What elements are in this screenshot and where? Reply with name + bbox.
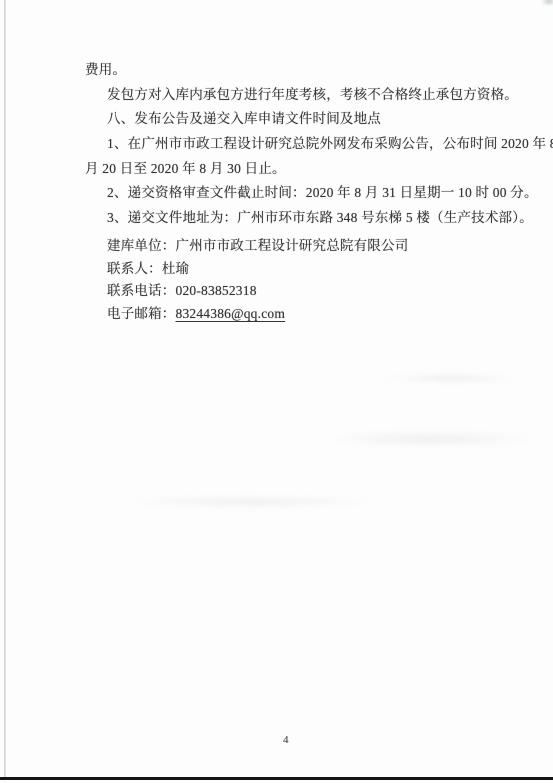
contact-person-line: 联系人：杜瑜 — [107, 258, 507, 281]
contact-org-label: 建库单位： — [107, 238, 176, 253]
page-number: 4 — [283, 733, 289, 747]
paragraph-line-item2: 2、递交资格审查文件截止时间：2020 年 8 月 31 日星期一 10 时 0… — [85, 181, 493, 206]
contact-phone-value: 020-83852318 — [176, 283, 257, 298]
contact-org-value: 广州市市政工程设计研究总院有限公司 — [176, 238, 409, 253]
contact-person-label: 联系人： — [107, 261, 162, 276]
paper-bleedthrough-mark — [320, 430, 540, 448]
contact-email-line: 电子邮箱：83244386@qq.com — [107, 303, 507, 326]
paragraph-line-fee-continuation: 费用。 — [85, 58, 493, 83]
scan-left-edge-line — [4, 0, 6, 778]
scan-bottom-edge-bar — [0, 777, 553, 780]
paragraph-line-item1-continuation: 月 20 日至 2020 年 8 月 30 日止。 — [85, 157, 493, 182]
paragraph-line-item3: 3、递交文件地址为：广州市环市东路 348 号东梯 5 楼（生产技术部）。 — [85, 206, 493, 231]
contact-phone-line: 联系电话：020-83852318 — [107, 280, 507, 303]
contact-phone-label: 联系电话： — [107, 283, 176, 298]
document-body: 费用。 发包方对入库内承包方进行年度考核，考核不合格终止承包方资格。 八、发布公… — [85, 58, 493, 231]
paragraph-line-annual-review: 发包方对入库内承包方进行年度考核，考核不合格终止承包方资格。 — [85, 83, 493, 108]
contact-org-line: 建库单位：广州市市政工程设计研究总院有限公司 — [107, 235, 507, 258]
paragraph-line-item1: 1、在广州市市政工程设计研究总院外网发布采购公告，公布时间 2020 年 8 — [85, 132, 493, 157]
scanned-document-page: 费用。 发包方对入库内承包方进行年度考核，考核不合格终止承包方资格。 八、发布公… — [0, 0, 553, 783]
heading-section-eight: 八、发布公告及递交入库申请文件时间及地点 — [85, 107, 493, 132]
contact-email-label: 电子邮箱： — [107, 306, 176, 321]
paper-bleedthrough-mark — [380, 372, 520, 384]
email-link: 83244386@qq.com — [176, 306, 286, 321]
contact-block: 建库单位：广州市市政工程设计研究总院有限公司 联系人：杜瑜 联系电话：020-8… — [107, 235, 507, 325]
contact-person-value: 杜瑜 — [162, 261, 189, 276]
paper-bleedthrough-mark — [120, 495, 380, 509]
scan-corner-smudge — [541, 0, 553, 6]
